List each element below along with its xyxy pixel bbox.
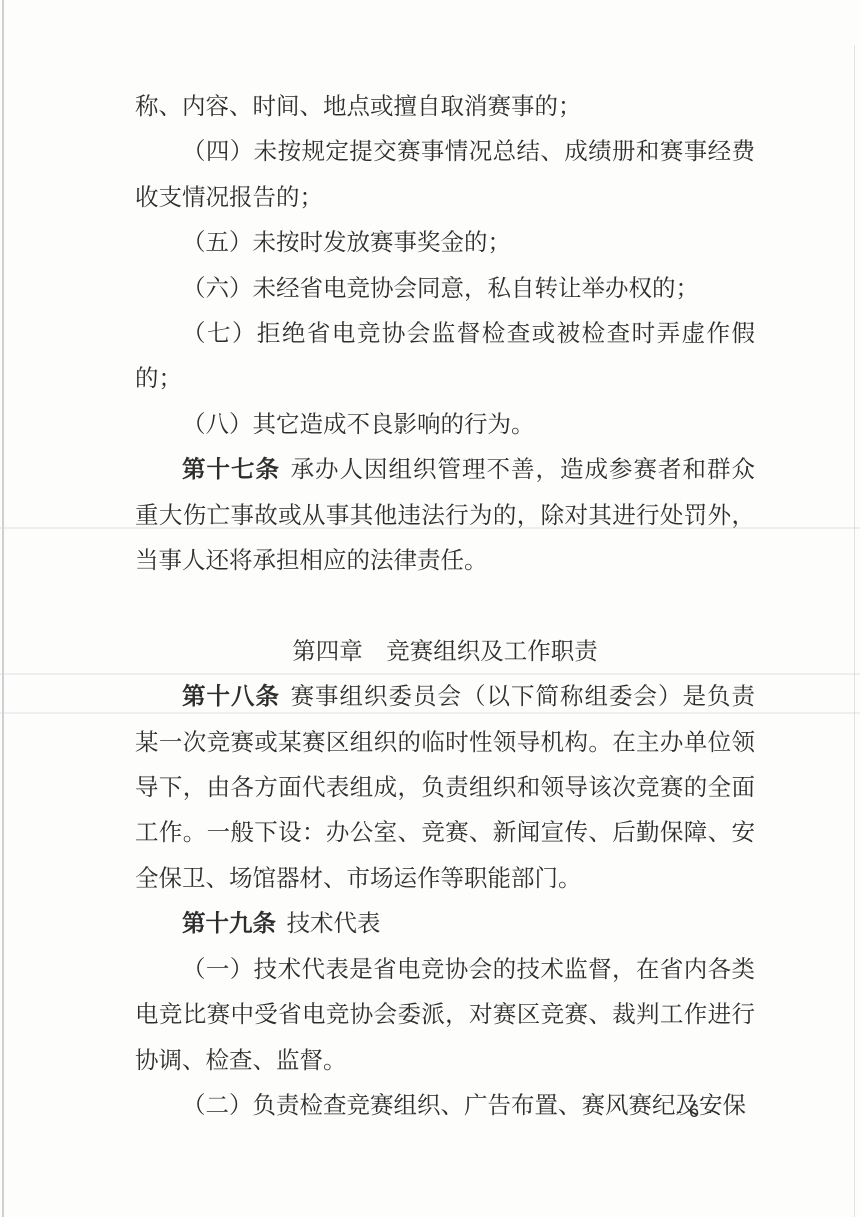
scan-edge-right-artifact bbox=[854, 45, 855, 1217]
paragraph-clause-7: （七）拒绝省电竞协会监督检查或被检查时弄虚作假的； bbox=[135, 312, 755, 403]
document-body: 称、内容、时间、地点或擅自取消赛事的； （四）未按规定提交赛事情况总结、成绩册和… bbox=[135, 85, 755, 1129]
paragraph-article-17: 第十七条承办人因组织管理不善，造成参赛者和群众重大伤亡事故或从事其他违法行为的，… bbox=[135, 448, 755, 584]
scanned-document-page: 称、内容、时间、地点或擅自取消赛事的； （四）未按规定提交赛事情况总结、成绩册和… bbox=[0, 0, 860, 1217]
paragraph-item-2: （二）负责检查竞赛组织、广告布置、赛风赛纪及安保 bbox=[135, 1084, 755, 1129]
paragraph-article-18: 第十八条赛事组织委员会（以下简称组委会）是负责某一次竞赛或某赛区组织的临时性领导… bbox=[135, 675, 755, 902]
scan-edge-left-artifact bbox=[2, 0, 4, 1217]
paragraph-article-19: 第十九条技术代表 bbox=[135, 902, 755, 947]
article-19-number: 第十九条 bbox=[182, 911, 276, 937]
paragraph-item-1: （一）技术代表是省电竞协会的技术监督，在省内各类电竞比赛中受省电竞协会委派，对赛… bbox=[135, 948, 755, 1084]
chapter-4-heading: 第四章 竞赛组织及工作职责 bbox=[135, 630, 755, 675]
article-18-text: 赛事组织委员会（以下简称组委会）是负责某一次竞赛或某赛区组织的临时性领导机构。在… bbox=[135, 684, 755, 892]
paragraph-clause-4: （四）未按规定提交赛事情况总结、成绩册和赛事经费收支情况报告的； bbox=[135, 130, 755, 221]
paragraph-clause-5: （五）未按时发放赛事奖金的； bbox=[135, 221, 755, 266]
article-17-number: 第十七条 bbox=[182, 457, 280, 483]
article-18-number: 第十八条 bbox=[182, 684, 280, 710]
paragraph-clause-8: （八）其它造成不良影响的行为。 bbox=[135, 403, 755, 448]
page-number: - 6 - bbox=[676, 1101, 713, 1122]
paragraph-clause-6: （六）未经省电竞协会同意，私自转让举办权的； bbox=[135, 267, 755, 312]
paragraph-continuation: 称、内容、时间、地点或擅自取消赛事的； bbox=[135, 85, 755, 130]
article-19-text: 技术代表 bbox=[287, 911, 381, 937]
